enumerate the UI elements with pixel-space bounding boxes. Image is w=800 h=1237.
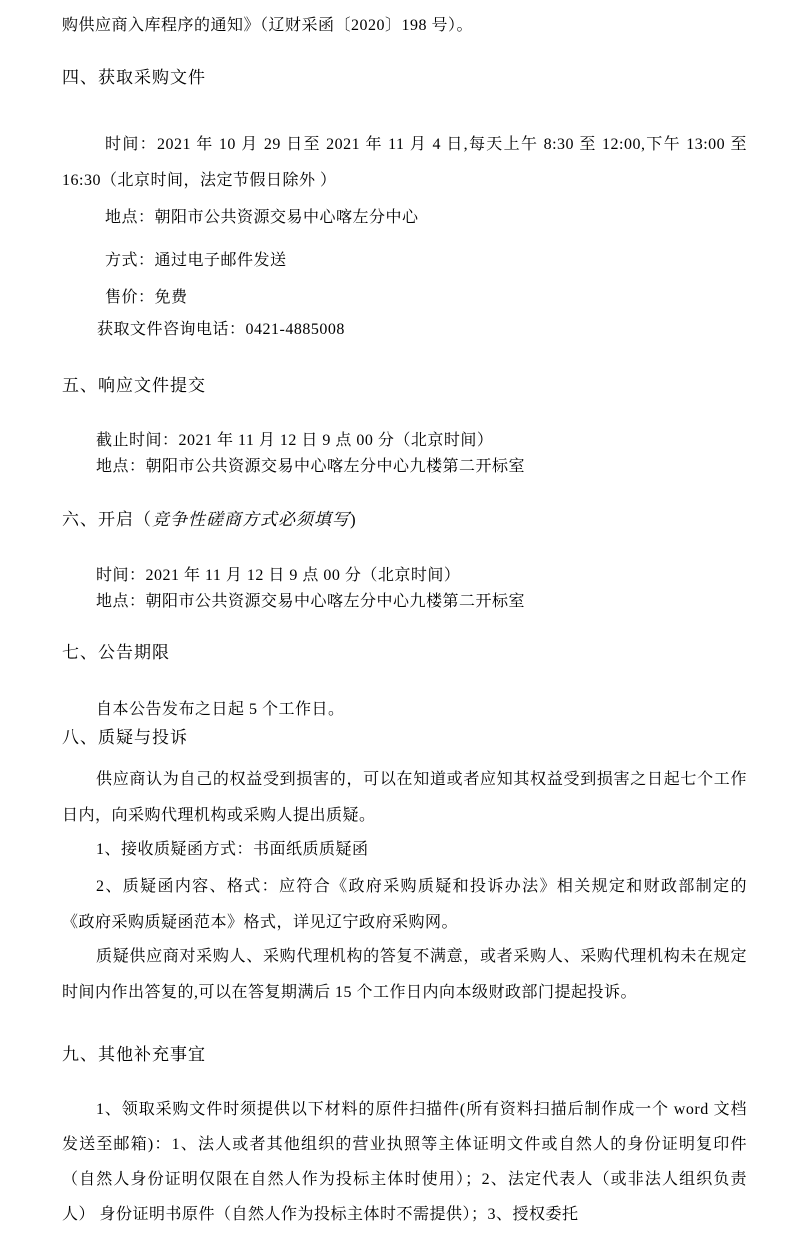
section9-heading: 九、其他补充事宜 [62,1043,747,1067]
section4-heading: 四、获取采购文件 [62,66,747,90]
section4-price-paragraph: 售价：免费 [105,280,747,316]
section8-paragraph-3: 2、质疑函内容、格式：应符合《政府采购质疑和投诉办法》相关规定和财政部制定的《政… [62,869,747,941]
section5-details: 截止时间：2021 年 11 月 12 日 9 点 00 分（北京时间） 地点：… [96,428,747,480]
continuation-paragraph: 购供应商入库程序的通知》（辽财采函〔2020〕198 号）。 [62,8,747,44]
document-page: 购供应商入库程序的通知》（辽财采函〔2020〕198 号）。 四、获取采购文件 … [0,0,800,1237]
section7-body-paragraph: 自本公告发布之日起 5 个工作日。 [62,692,747,728]
section4-method-paragraph: 方式：通过电子邮件发送 [105,243,747,279]
section6-heading-italic-note: 竞争性磋商方式必须填写 [152,510,350,529]
section6-time-line: 时间：2021 年 11 月 12 日 9 点 00 分（北京时间） [96,563,747,589]
section6-heading-prefix: 六、开启（ [62,510,152,529]
section9-paragraph-1: 1、领取采购文件时须提供以下材料的原件扫描件(所有资料扫描后制作成一个 word… [62,1092,747,1232]
section6-heading: 六、开启（竞争性磋商方式必须填写) [62,508,747,532]
section8-heading: 八、质疑与投诉 [62,726,747,750]
section6-details: 时间：2021 年 11 月 12 日 9 点 00 分（北京时间） 地点：朝阳… [96,563,747,615]
section5-heading: 五、响应文件提交 [62,374,747,398]
section6-heading-suffix: ) [350,510,357,529]
section7-heading: 七、公告期限 [62,641,747,665]
section8-paragraph-4: 质疑供应商对采购人、采购代理机构的答复不满意，或者采购人、采购代理机构未在规定时… [62,939,747,1011]
section5-deadline-line: 截止时间：2021 年 11 月 12 日 9 点 00 分（北京时间） [96,428,747,454]
section4-phone-paragraph: 获取文件咨询电话：0421-4885008 [97,312,747,348]
section8-paragraph-2: 1、接收质疑函方式：书面纸质质疑函 [62,832,747,868]
section4-location-paragraph: 地点：朝阳市公共资源交易中心喀左分中心 [105,200,747,236]
section6-location-line: 地点：朝阳市公共资源交易中心喀左分中心九楼第二开标室 [96,589,747,615]
section4-time-paragraph: 时间：2021 年 10 月 29 日至 2021 年 11 月 4 日,每天上… [62,127,747,199]
section5-location-line: 地点：朝阳市公共资源交易中心喀左分中心九楼第二开标室 [96,454,747,480]
section8-paragraph-1: 供应商认为自己的权益受到损害的，可以在知道或者应知其权益受到损害之日起七个工作日… [62,762,747,834]
